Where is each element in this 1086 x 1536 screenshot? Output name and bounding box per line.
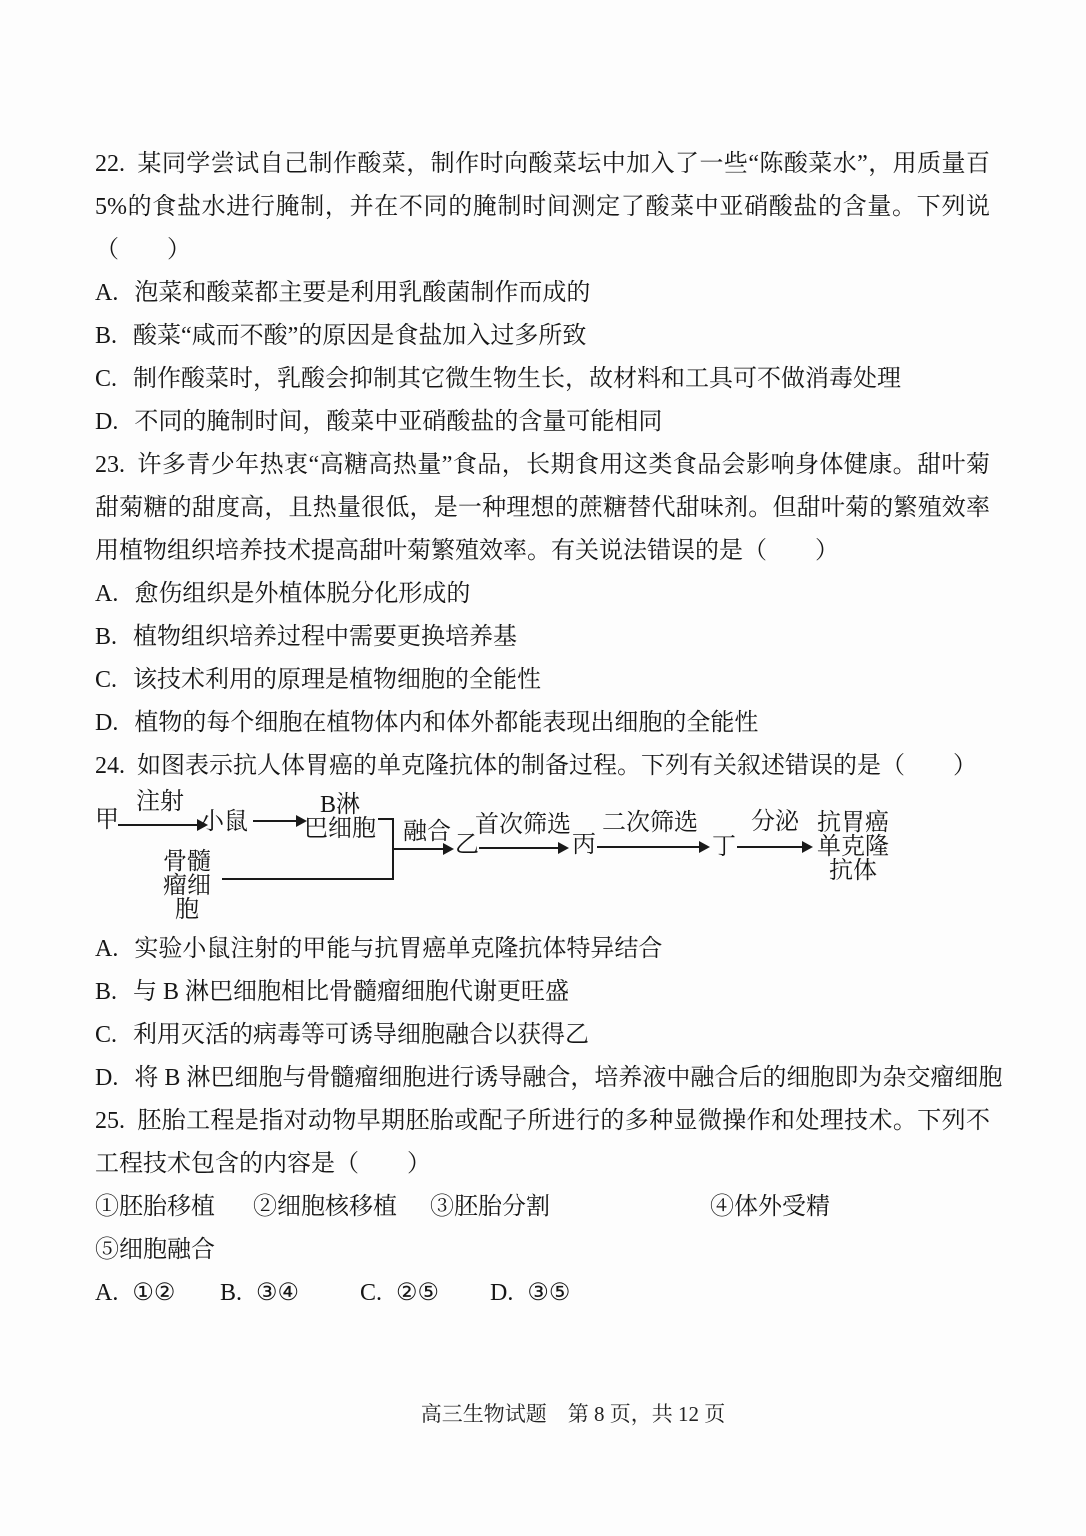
diagram-node-myeloma: 骨髓 瘤细胞 xyxy=(152,850,222,922)
antibody-product-line-1: 抗胃癌 xyxy=(813,811,893,835)
q25-items-row-2: ⑤细胞融合 xyxy=(95,1229,990,1272)
option-label: B. xyxy=(220,1272,242,1315)
q25-option-a: A.①② xyxy=(95,1272,175,1315)
b-lymphocyte-line-1: B淋 xyxy=(302,793,378,817)
secrete-arrow-icon xyxy=(737,846,803,848)
q25-item-5: ⑤细胞融合 xyxy=(95,1229,215,1272)
option-text: 植物组织培养过程中需要更换培养基 xyxy=(133,624,517,650)
q22-option-b: B.酸菜“咸而不酸”的原因是食盐加入过多所致 xyxy=(95,315,990,358)
page-footer: 高三生物试题 第 8 页，共 12 页 xyxy=(0,1398,1086,1428)
diagram-node-mouse: 小鼠 xyxy=(200,810,248,834)
diagram-label-inject: 注射 xyxy=(115,790,205,814)
option-label: B. xyxy=(95,315,117,358)
q24-option-b: B.与 B 淋巴细胞相比骨髓瘤细胞代谢更旺盛 xyxy=(95,971,990,1014)
q25-stem-line-1: 25. 胚胎工程是指对动物早期胚胎或配子所进行的多种显微操作和处理技术。下列不属… xyxy=(95,1100,990,1143)
q25-items-row-1: ①胚胎移植 ②细胞核移植 ③胚胎分割 ④体外受精 xyxy=(95,1186,990,1229)
option-text: ③⑤ xyxy=(527,1280,570,1306)
option-text: 泡菜和酸菜都主要是利用乳酸菌制作而成的 xyxy=(134,280,590,306)
q24-option-a: A.实验小鼠注射的甲能与抗胃癌单克隆抗体特异结合 xyxy=(95,928,990,971)
option-label: A. xyxy=(95,573,118,616)
second-screen-arrow-icon xyxy=(597,846,700,848)
q23-option-b: B.植物组织培养过程中需要更换培养基 xyxy=(95,616,990,659)
q24-stem-line-1: 24. 如图表示抗人体胃癌的单克隆抗体的制备过程。下列有关叙述错误的是（ ） xyxy=(95,745,990,788)
exam-page: 22. 某同学尝试自己制作酸菜，制作时向酸菜坛中加入了一些“陈酸菜水”，用质量百… xyxy=(0,0,1086,1536)
question-23: 23. 许多青少年热衷“高糖高热量”食品，长期食用这类食品会影响身体健康。甜叶菊… xyxy=(95,444,990,745)
diagram-label-secrete: 分泌 xyxy=(745,810,805,834)
option-label: C. xyxy=(95,659,117,702)
diagram-node-antibody-product: 抗胃癌 单克隆 抗体 xyxy=(813,811,893,883)
q24-option-d: D.将 B 淋巴细胞与骨髓瘤细胞进行诱导融合，培养液中融合后的细胞即为杂交瘤细胞 xyxy=(95,1057,990,1100)
q25-item-2: ②细胞核移植 xyxy=(253,1186,397,1229)
q25-item-3: ③胚胎分割 xyxy=(430,1186,550,1229)
option-label: A. xyxy=(95,1272,118,1315)
option-text: ②⑤ xyxy=(396,1280,439,1306)
q23-stem-line-2: 甜菊糖的甜度高，且热量很低，是一种理想的蔗糖替代甜味剂。但甜叶菊的繁殖效率低，可… xyxy=(95,487,990,530)
q23-option-a: A.愈伤组织是外植体脱分化形成的 xyxy=(95,573,990,616)
antibody-product-line-3: 抗体 xyxy=(813,859,893,883)
option-text: 将 B 淋巴细胞与骨髓瘤细胞进行诱导融合，培养液中融合后的细胞即为杂交瘤细胞 xyxy=(134,1065,1002,1091)
b-lymphocyte-line-2: 巴细胞 xyxy=(302,817,378,841)
q23-stem-line-1: 23. 许多青少年热衷“高糖高热量”食品，长期食用这类食品会影响身体健康。甜叶菊… xyxy=(95,444,990,487)
question-24: 24. 如图表示抗人体胃癌的单克隆抗体的制备过程。下列有关叙述错误的是（ ） 甲… xyxy=(95,745,990,1100)
merge-bracket-line xyxy=(378,818,394,878)
option-label: A. xyxy=(95,928,118,971)
first-screen-arrow-icon xyxy=(479,847,559,849)
option-label: C. xyxy=(95,358,117,401)
option-label: D. xyxy=(95,702,118,745)
diagram-node-ding: 丁 xyxy=(712,835,736,859)
option-label: B. xyxy=(95,616,117,659)
question-22: 22. 某同学尝试自己制作酸菜，制作时向酸菜坛中加入了一些“陈酸菜水”，用质量百… xyxy=(95,143,990,444)
q24-option-c: C.利用灭活的病毒等可诱导细胞融合以获得乙 xyxy=(95,1014,990,1057)
option-text: 与 B 淋巴细胞相比骨髓瘤细胞代谢更旺盛 xyxy=(133,979,569,1005)
option-text: 愈伤组织是外植体脱分化形成的 xyxy=(134,581,470,607)
q22-option-a: A.泡菜和酸菜都主要是利用乳酸菌制作而成的 xyxy=(95,272,990,315)
question-25: 25. 胚胎工程是指对动物早期胚胎或配子所进行的多种显微操作和处理技术。下列不属… xyxy=(95,1100,990,1315)
q22-answer-blank: （ ） xyxy=(95,229,990,272)
myeloma-merge-line xyxy=(222,878,394,880)
diagram-node-bing: 丙 xyxy=(572,833,596,857)
option-text: 实验小鼠注射的甲能与抗胃癌单克隆抗体特异结合 xyxy=(134,936,662,962)
q25-option-b: B.③④ xyxy=(220,1272,299,1315)
q22-option-d: D.不同的腌制时间，酸菜中亚硝酸盐的含量可能相同 xyxy=(95,401,990,444)
option-label: D. xyxy=(95,1057,118,1100)
q22-option-c: C.制作酸菜时，乳酸会抑制其它微生物生长，故材料和工具可不做消毒处理 xyxy=(95,358,990,401)
q25-item-1: ①胚胎移植 xyxy=(95,1186,215,1229)
option-text: ③④ xyxy=(256,1280,299,1306)
q23-stem-line-3: 用植物组织培养技术提高甜叶菊繁殖效率。有关说法错误的是（ ） xyxy=(95,530,990,573)
q23-option-c: C.该技术利用的原理是植物细胞的全能性 xyxy=(95,659,990,702)
fuse-arrow-icon xyxy=(394,848,444,850)
option-text: 利用灭活的病毒等可诱导细胞融合以获得乙 xyxy=(133,1022,589,1048)
option-label: B. xyxy=(95,971,117,1014)
option-label: C. xyxy=(360,1272,382,1315)
option-text: ①② xyxy=(132,1280,175,1306)
antibody-product-line-2: 单克隆 xyxy=(813,835,893,859)
diagram-label-second-screen: 二次筛选 xyxy=(600,811,700,835)
diagram-label-fuse: 融合 xyxy=(395,820,459,844)
option-text: 酸菜“咸而不酸”的原因是食盐加入过多所致 xyxy=(133,323,586,349)
diagram-node-b-lymphocyte: B淋 巴细胞 xyxy=(302,793,378,841)
q22-stem-line-1: 22. 某同学尝试自己制作酸菜，制作时向酸菜坛中加入了一些“陈酸菜水”，用质量百… xyxy=(95,143,990,186)
option-label: A. xyxy=(95,272,118,315)
inject-arrow-icon xyxy=(118,824,198,826)
q25-option-d: D.③⑤ xyxy=(490,1272,570,1315)
myeloma-line-1: 骨髓 xyxy=(152,850,222,874)
q25-item-4: ④体外受精 xyxy=(710,1186,830,1229)
option-label: D. xyxy=(490,1272,513,1315)
option-text: 该技术利用的原理是植物细胞的全能性 xyxy=(133,667,541,693)
q24-flowchart-diagram: 甲 注射 小鼠 B淋 巴细胞 骨髓 瘤细胞 融合 乙 首次筛选 xyxy=(95,788,990,928)
q25-stem-line-2: 工程技术包含的内容是（ ） xyxy=(95,1143,990,1186)
q25-options-row: A.①② B.③④ C.②⑤ D.③⑤ xyxy=(95,1272,990,1315)
option-label: D. xyxy=(95,401,118,444)
myeloma-line-2: 瘤细胞 xyxy=(152,874,222,922)
q22-stem-line-2: 5%的食盐水进行腌制，并在不同的腌制时间测定了酸菜中亚硝酸盐的含量。下列说法错误… xyxy=(95,186,990,229)
option-label: C. xyxy=(95,1014,117,1057)
option-text: 制作酸菜时，乳酸会抑制其它微生物生长，故材料和工具可不做消毒处理 xyxy=(133,366,901,392)
exam-content: 22. 某同学尝试自己制作酸菜，制作时向酸菜坛中加入了一些“陈酸菜水”，用质量百… xyxy=(95,143,990,1315)
option-text: 植物的每个细胞在植物体内和体外都能表现出细胞的全能性 xyxy=(134,710,758,736)
diagram-label-first-screen: 首次筛选 xyxy=(473,813,573,837)
mouse-to-bcell-arrow-icon xyxy=(253,820,297,822)
option-text: 不同的腌制时间，酸菜中亚硝酸盐的含量可能相同 xyxy=(134,409,662,435)
q25-option-c: C.②⑤ xyxy=(360,1272,439,1315)
q23-option-d: D.植物的每个细胞在植物体内和体外都能表现出细胞的全能性 xyxy=(95,702,990,745)
